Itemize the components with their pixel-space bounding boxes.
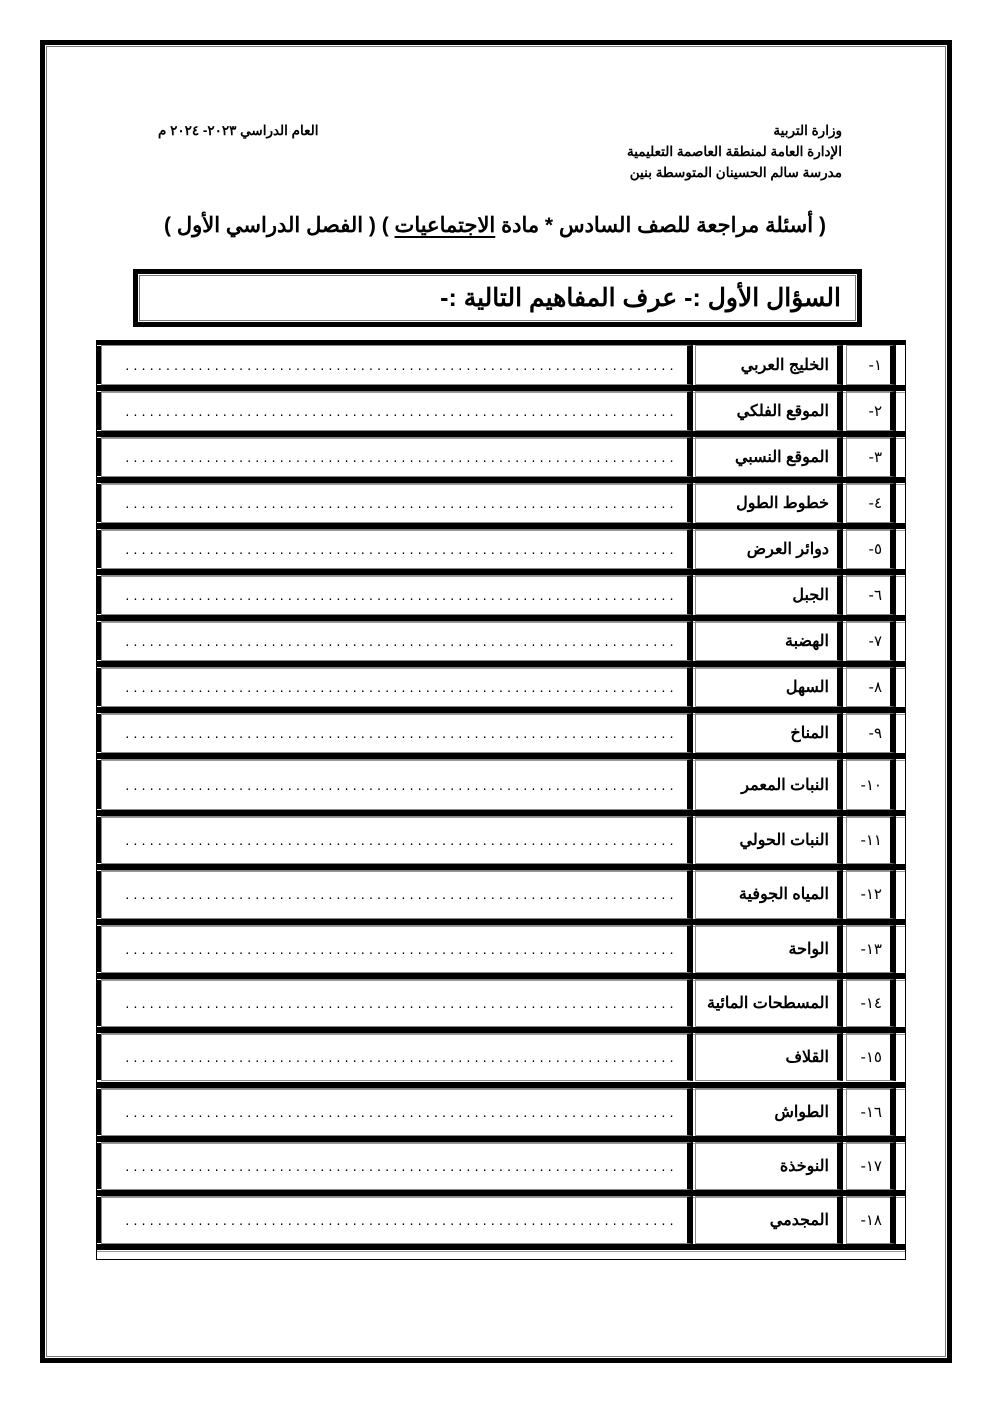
table-row: ........................................… [97,759,905,810]
item-number: ١١- [846,816,896,864]
answer-dotted-line: ........................................… [124,406,677,419]
item-number: ٧- [846,621,896,661]
answer-cell[interactable]: ........................................… [101,575,693,615]
school-name: مدرسة سالم الحسينان المتوسطة بنين [627,162,842,183]
answer-cell[interactable]: ........................................… [101,529,693,569]
question-heading: السؤال الأول :- عرف المفاهيم التالية :- [139,275,856,321]
answer-dotted-line: ........................................… [124,835,677,848]
table-row: ........................................… [97,483,905,523]
term-cell: النبات الحولي [695,816,843,864]
table-row: ........................................… [97,925,905,973]
page-title: ( أسئلة مراجعة للصف السادس * مادة الاجتم… [150,210,840,242]
term-cell: النبات المعمر [695,759,843,810]
table-row: ........................................… [97,667,905,707]
item-number: ٣- [846,437,896,477]
answer-cell[interactable]: ........................................… [101,391,693,431]
item-number: ١٥- [846,1033,896,1081]
term-cell: المناخ [695,713,843,753]
table-row: ........................................… [97,870,905,918]
table-row: ........................................… [97,529,905,569]
answer-dotted-line: ........................................… [124,944,677,957]
answer-cell[interactable]: ........................................… [101,1196,693,1244]
item-number: ١٠- [846,759,896,810]
answer-dotted-line: ........................................… [124,636,677,649]
item-number: ١٨- [846,1196,896,1244]
answer-cell[interactable]: ........................................… [101,713,693,753]
answer-cell[interactable]: ........................................… [101,437,693,477]
item-number: ١- [846,345,896,385]
table-row: ........................................… [97,391,905,431]
ministry-name: وزارة التربية [627,120,842,141]
answer-cell[interactable]: ........................................… [101,925,693,973]
answer-cell[interactable]: ........................................… [101,621,693,661]
item-number: ١٤- [846,979,896,1027]
term-cell: المجدمي [695,1196,843,1244]
answer-cell[interactable]: ........................................… [101,1033,693,1081]
term-cell: المياه الجوفية [695,870,843,918]
item-number: ١٣- [846,925,896,973]
item-number: ٦- [846,575,896,615]
term-cell: دوائر العرض [695,529,843,569]
title-suffix: ) ( الفصل الدراسي الأول ) [164,214,395,237]
term-cell: الخليج العربي [695,345,843,385]
answer-cell[interactable]: ........................................… [101,979,693,1027]
answer-dotted-line: ........................................… [124,1052,677,1065]
term-cell: الطواش [695,1088,843,1136]
question-heading-box: السؤال الأول :- عرف المفاهيم التالية :- [133,269,862,327]
answer-dotted-line: ........................................… [124,1161,677,1174]
answer-cell[interactable]: ........................................… [101,816,693,864]
row-divider [97,1244,905,1250]
term-cell: النوخذة [695,1142,843,1190]
term-cell: المسطحات المائية [695,979,843,1027]
answer-dotted-line: ........................................… [124,360,677,373]
table-row: ........................................… [97,345,905,385]
academic-year: العام الدراسي ٢٠٢٣- ٢٠٢٤ م [158,120,319,141]
item-number: ٨- [846,667,896,707]
answer-cell[interactable]: ........................................… [101,1142,693,1190]
answer-cell[interactable]: ........................................… [101,870,693,918]
school-header: وزارة التربية الإدارة العامة لمنطقة العا… [627,120,842,183]
item-number: ١٢- [846,870,896,918]
term-cell: الموقع النسبي [695,437,843,477]
item-number: ٢- [846,391,896,431]
item-number: ٤- [846,483,896,523]
title-subject: الاجتماعيات [395,214,496,237]
table-row: ........................................… [97,713,905,753]
term-cell: الجبل [695,575,843,615]
table-row: ........................................… [97,437,905,477]
answer-dotted-line: ........................................… [124,1106,677,1119]
term-cell: القلاف [695,1033,843,1081]
term-cell: الهضبة [695,621,843,661]
answer-dotted-line: ........................................… [124,998,677,1011]
answer-cell[interactable]: ........................................… [101,1088,693,1136]
terms-table: ........................................… [96,340,906,1260]
term-cell: السهل [695,667,843,707]
answer-cell[interactable]: ........................................… [101,759,693,810]
answer-dotted-line: ........................................… [124,728,677,741]
answer-cell[interactable]: ........................................… [101,667,693,707]
answer-dotted-line: ........................................… [124,590,677,603]
answer-dotted-line: ........................................… [124,889,677,902]
answer-dotted-line: ........................................… [124,498,677,511]
table-row: ........................................… [97,979,905,1027]
table-row: ........................................… [97,1033,905,1081]
item-number: ٥- [846,529,896,569]
title-prefix: ( أسئلة مراجعة للصف السادس * مادة [495,214,826,237]
table-row: ........................................… [97,816,905,864]
term-cell: الواحة [695,925,843,973]
term-cell: الموقع الفلكي [695,391,843,431]
table-row: ........................................… [97,1196,905,1244]
directorate-name: الإدارة العامة لمنطقة العاصمة التعليمية [627,141,842,162]
item-number: ٩- [846,713,896,753]
answer-dotted-line: ........................................… [124,544,677,557]
answer-dotted-line: ........................................… [124,779,677,792]
answer-dotted-line: ........................................… [124,1215,677,1228]
table-row: ........................................… [97,1142,905,1190]
table-row: ........................................… [97,621,905,661]
term-cell: خطوط الطول [695,483,843,523]
answer-dotted-line: ........................................… [124,682,677,695]
table-row: ........................................… [97,575,905,615]
item-number: ١٧- [846,1142,896,1190]
answer-cell[interactable]: ........................................… [101,345,693,385]
item-number: ١٦- [846,1088,896,1136]
answer-cell[interactable]: ........................................… [101,483,693,523]
table-row: ........................................… [97,1088,905,1136]
answer-dotted-line: ........................................… [124,452,677,465]
